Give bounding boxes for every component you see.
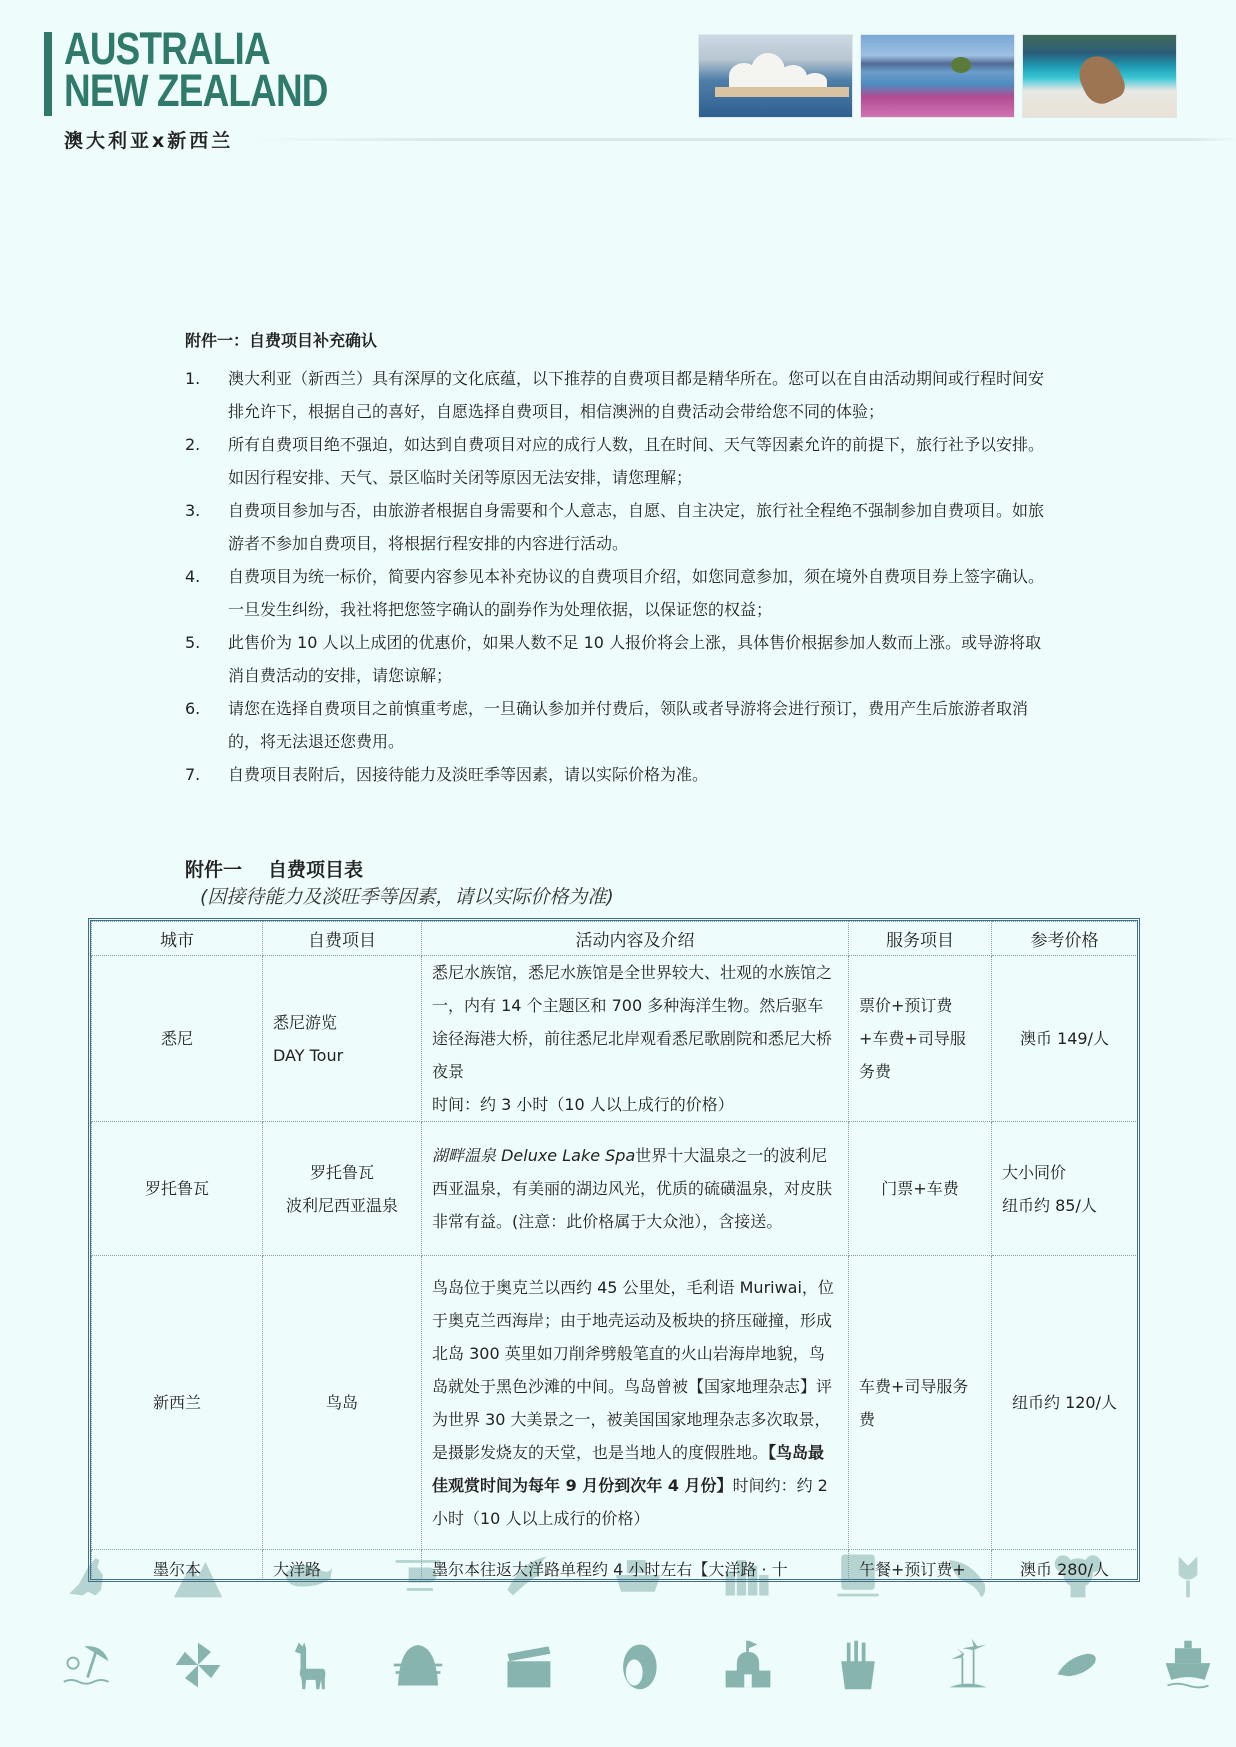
col-header-price: 参考价格	[992, 922, 1138, 956]
logo-bar	[44, 32, 52, 116]
cell-city: 罗托鲁瓦	[92, 1122, 263, 1256]
rule-item: 4.自费项目为统一标价，简要内容参见本补充协议的自费项目介绍，如您同意参加，须在…	[185, 560, 1045, 626]
kangaroo-beach-photo	[1022, 34, 1177, 118]
rule-item: 6.请您在选择自费项目之前慎重考虑，一旦确认参加并付费后，领队或者导游将会进行预…	[185, 692, 1045, 758]
rules-list: 1.澳大利亚（新西兰）具有深厚的文化底蕴，以下推荐的自费项目都是精华所在。您可以…	[185, 362, 1045, 791]
logo-title: AUSTRALIA NEW ZEALAND	[64, 28, 328, 112]
table-row: 墨尔本 大洋路 墨尔本往返大洋路单程约 4 小时左右【大洋路 · 十 午餐+预订…	[92, 1550, 1138, 1583]
rule-item: 5.此售价为 10 人以上成团的优惠价，如果人数不足 10 人报价将会上涨，具体…	[185, 626, 1045, 692]
llama-icon	[278, 1635, 338, 1695]
clapperboard-icon	[498, 1635, 558, 1695]
cell-price: 纽币约 120/人	[992, 1256, 1138, 1550]
island-map-icon	[1048, 1635, 1108, 1695]
cell-service: 票价+预订费+车费+司导服务费	[849, 956, 992, 1122]
cell-item: 鸟岛	[263, 1256, 422, 1550]
header-divider	[250, 138, 1236, 141]
price-note: (因接待能力及淡旺季等因素，请以实际价格为准)	[200, 882, 614, 909]
col-header-item: 自费项目	[263, 922, 422, 956]
header-photos	[698, 34, 1177, 118]
col-header-city: 城市	[92, 922, 263, 956]
pinwheel-icon	[168, 1635, 228, 1695]
logo-subtitle: 澳大利亚x新西兰	[64, 126, 233, 153]
church-icon	[718, 1635, 778, 1695]
ship-icon	[1158, 1635, 1218, 1695]
table-row: 悉尼 悉尼游览DAY Tour 悉尼水族馆，悉尼水族馆是全世界较大、壮观的水族馆…	[92, 956, 1138, 1122]
penguin-icon	[608, 1635, 668, 1695]
palm-island-icon	[938, 1635, 998, 1695]
cell-price: 澳币 280/人	[992, 1550, 1138, 1583]
fries-icon	[828, 1635, 888, 1695]
section1-title: 附件一：自费项目补充确认	[185, 328, 377, 351]
logo-line-new-zealand: NEW ZEALAND	[64, 70, 328, 112]
cell-city: 墨尔本	[92, 1550, 263, 1583]
cell-item: 大洋路	[263, 1550, 422, 1583]
cell-service: 门票+车费	[849, 1122, 992, 1256]
table-row: 罗托鲁瓦 罗托鲁瓦波利尼西亚温泉 湖畔温泉 Deluxe Lake Spa世界十…	[92, 1122, 1138, 1256]
cell-desc: 墨尔本往返大洋路单程约 4 小时左右【大洋路 · 十	[422, 1550, 849, 1583]
footer-icons-row2	[40, 1635, 1236, 1695]
cell-city: 悉尼	[92, 956, 263, 1122]
sydney-opera-house-photo	[698, 34, 853, 118]
rule-item: 2.所有自费项目绝不强迫，如达到自费项目对应的成行人数，且在时间、天气等因素允许…	[185, 428, 1045, 494]
section2-title: 附件一自费项目表	[185, 855, 363, 882]
harbour-bridge-icon	[388, 1635, 448, 1695]
table-row: 新西兰 鸟岛 鸟岛位于奥克兰以西约 45 公里处，毛利语 Muriwai，位于奥…	[92, 1256, 1138, 1550]
cell-city: 新西兰	[92, 1256, 263, 1550]
cell-item: 悉尼游览DAY Tour	[263, 956, 422, 1122]
cell-desc: 湖畔温泉 Deluxe Lake Spa世界十大温泉之一的波利尼西亚温泉，有美丽…	[422, 1122, 849, 1256]
logo-line-australia: AUSTRALIA	[64, 28, 328, 70]
rule-item: 3.自费项目参加与否，由旅游者根据自身需要和个人意志，自愿、自主决定，旅行社全程…	[185, 494, 1045, 560]
cell-service: 午餐+预订费+	[849, 1550, 992, 1583]
col-header-desc: 活动内容及介绍	[422, 922, 849, 956]
optional-tours-table: 城市 自费项目 活动内容及介绍 服务项目 参考价格 悉尼 悉尼游览DAY Tou…	[88, 918, 1140, 1582]
cell-desc: 悉尼水族馆，悉尼水族馆是全世界较大、壮观的水族馆之一，内有 14 个主题区和 7…	[422, 956, 849, 1122]
col-header-service: 服务项目	[849, 922, 992, 956]
cell-service: 车费+司导服务费	[849, 1256, 992, 1550]
cell-desc: 鸟岛位于奥克兰以西约 45 公里处，毛利语 Muriwai，位于奥克兰西海岸；由…	[422, 1256, 849, 1550]
lake-lupins-photo	[860, 34, 1015, 118]
cell-price: 澳币 149/人	[992, 956, 1138, 1122]
rule-item: 1.澳大利亚（新西兰）具有深厚的文化底蕴，以下推荐的自费项目都是精华所在。您可以…	[185, 362, 1045, 428]
table-header-row: 城市 自费项目 活动内容及介绍 服务项目 参考价格	[92, 922, 1138, 956]
cell-item: 罗托鲁瓦波利尼西亚温泉	[263, 1122, 422, 1256]
cell-price: 大小同价纽币约 85/人	[992, 1122, 1138, 1256]
rule-item: 7.自费项目表附后，因接待能力及淡旺季等因素，请以实际价格为准。	[185, 758, 1045, 791]
flower-icon	[1158, 1545, 1218, 1605]
beach-umbrella-icon	[58, 1635, 118, 1695]
